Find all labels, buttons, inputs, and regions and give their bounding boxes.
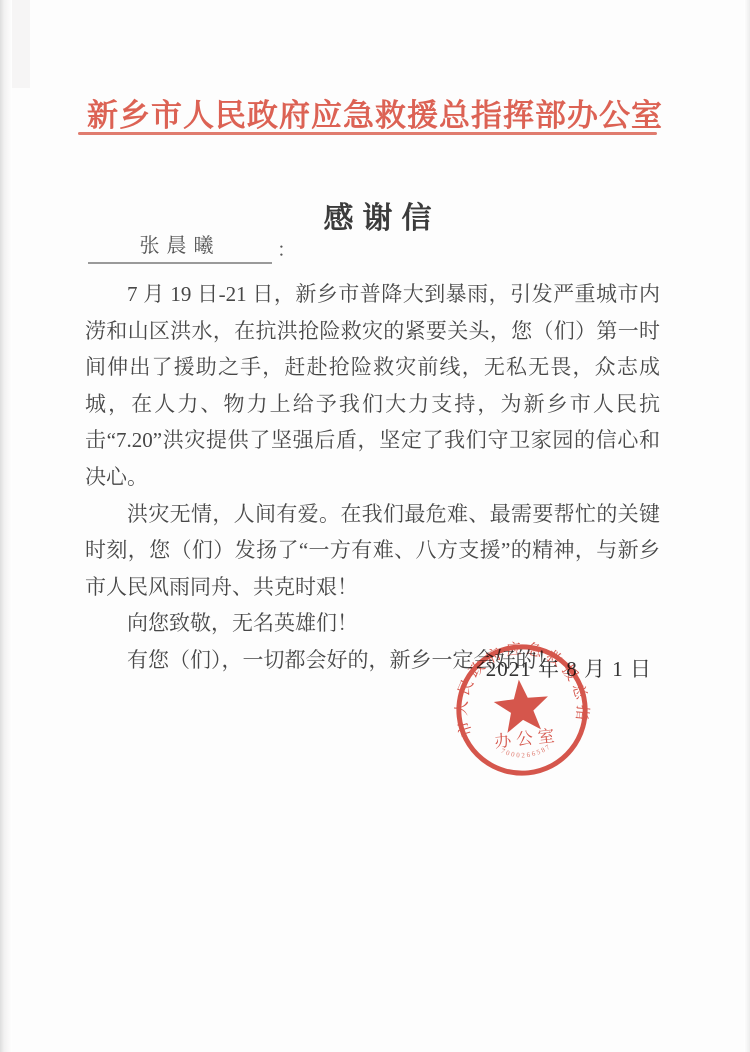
photo-edge-artifact-right <box>744 0 750 1052</box>
recipient-name: 张晨曦 <box>88 229 272 264</box>
letterhead-rule <box>78 132 657 135</box>
official-seal: 新乡市人民政府应急救援总指挥部 办公室 7000266587 <box>441 629 604 792</box>
letterhead-title: 新乡市人民政府应急救援总指挥部办公室 <box>0 90 750 135</box>
salutation-colon: ： <box>277 235 296 264</box>
paragraph-2: 洪灾无情，人间有爱。在我们最危难、最需要帮忙的关键时刻，您（们）发扬了“一方有难… <box>85 496 660 606</box>
seal-star-icon <box>492 677 552 734</box>
photo-edge-artifact-left <box>0 0 12 1052</box>
letter-body: 7 月 19 日-21 日，新乡市普降大到暴雨，引发严重城市内涝和山区洪水，在抗… <box>85 276 660 679</box>
salutation-row: 张晨曦 ： <box>88 230 296 264</box>
paragraph-1: 7 月 19 日-21 日，新乡市普降大到暴雨，引发严重城市内涝和山区洪水，在抗… <box>85 276 660 496</box>
